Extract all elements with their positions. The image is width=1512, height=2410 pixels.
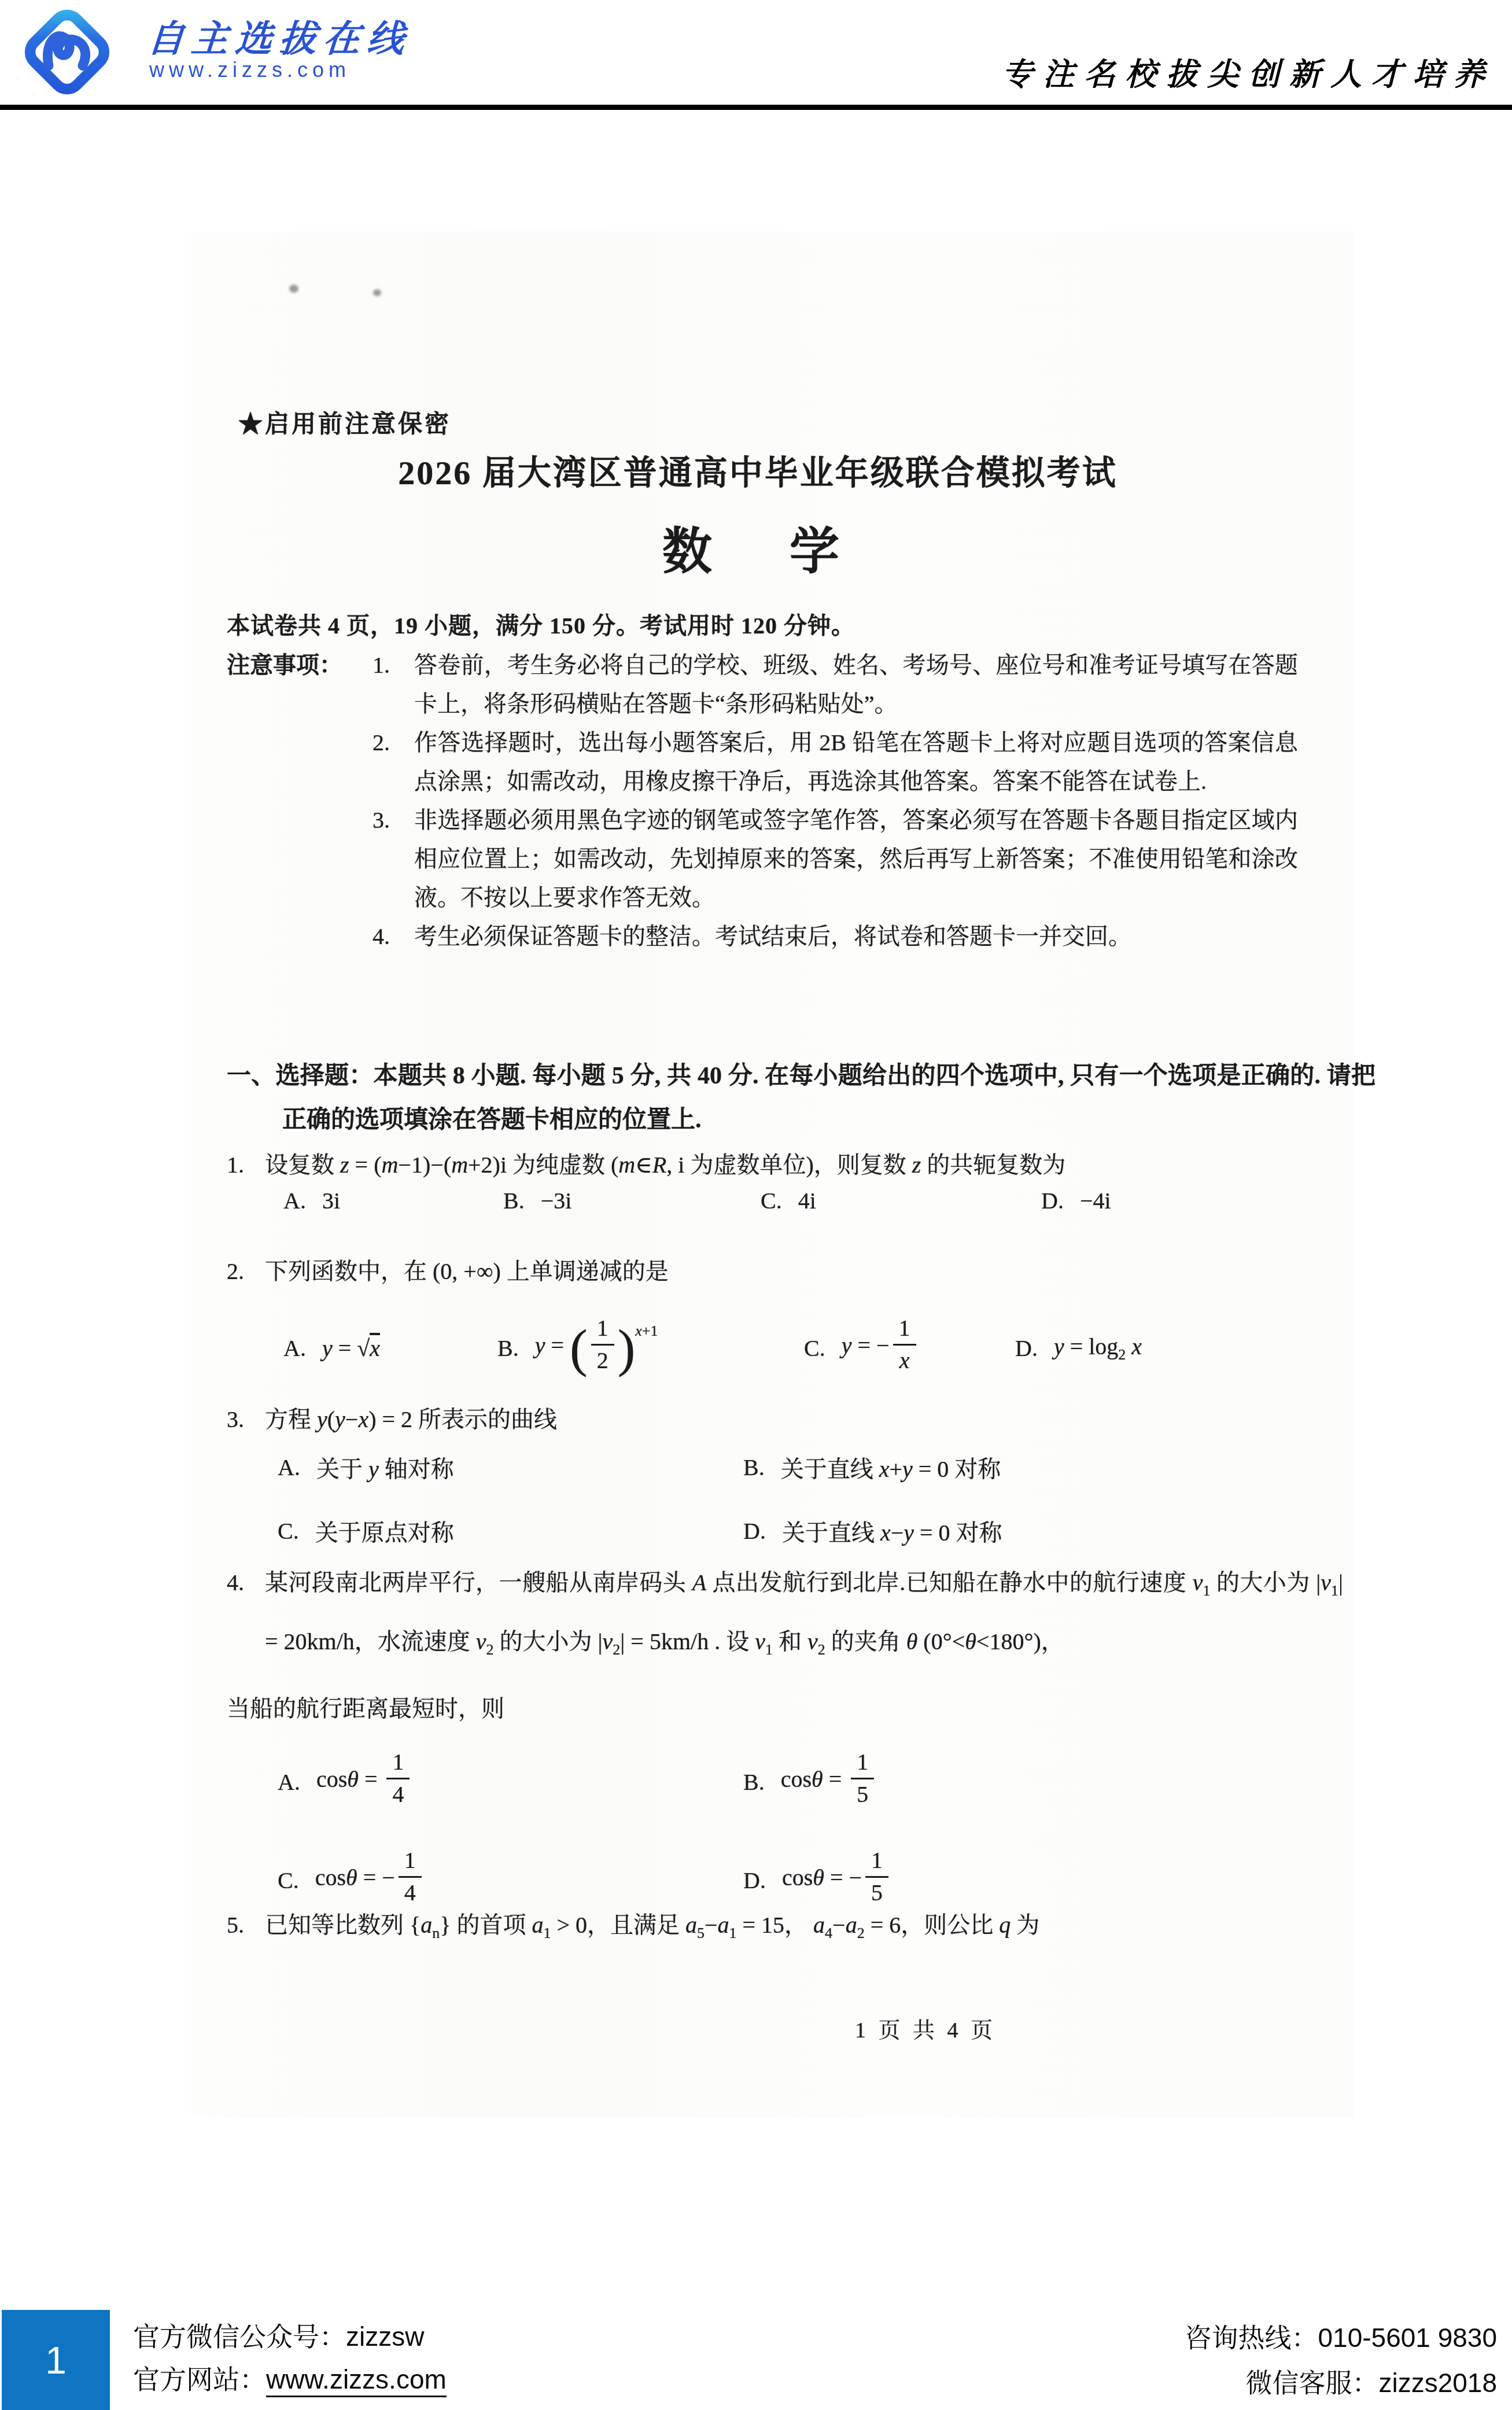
question-1: 1. 设复数 z = (m−1)−(m+2)i 为纯虚数 (m∈R, i 为虚数…: [227, 1144, 1343, 1186]
section1-heading: 一、选择题：本题共 8 小题. 每小题 5 分, 共 40 分. 在每小题给出的…: [227, 1054, 1375, 1142]
exam-title: 2026 届大湾区普通高中毕业年级联合模拟考试: [208, 445, 1307, 494]
question-5: 5. 已知等比数列 {an} 的首项 a1 > 0，且满足 a5−a1 = 15…: [227, 1904, 1343, 1954]
question-stem: 下列函数中，在 (0, +∞) 上单调递减的是: [265, 1251, 1343, 1292]
option-value: 关于直线 x−y = 0 对称: [782, 1514, 1002, 1547]
option-label: B.: [743, 1454, 765, 1481]
option-value: 4i: [798, 1187, 816, 1214]
exam-subject: 数 学: [208, 511, 1307, 583]
option-value: 关于直线 x+y = 0 对称: [781, 1451, 1001, 1484]
note-item: 2. 作答选择题时，选出每小题答案后，用 2B 铅笔在答题卡上将对应题目选项的答…: [373, 723, 1308, 801]
q3-option-d: D. 关于直线 x−y = 0 对称: [743, 1514, 1002, 1547]
logo-url: www.zizzs.com: [149, 58, 351, 82]
page: { "header": { "logo_title": "自主选拔在线", "l…: [0, 0, 1512, 2410]
option-label: D.: [1015, 1335, 1038, 1362]
footer-wechat-service: 微信客服：zizzs2018: [1185, 2360, 1497, 2405]
note-text: 答卷前，考生务必将自己的学校、班级、姓名、考场号、座位号和准考证号填写在答题卡上…: [414, 646, 1298, 723]
option-label: C.: [278, 1517, 299, 1545]
note-text: 作答选择题时，选出每小题答案后，用 2B 铅笔在答题卡上将对应题目选项的答案信息…: [414, 723, 1298, 801]
paper-info: 本试卷共 4 页，19 小题，满分 150 分。考试用时 120 分钟。: [227, 607, 855, 640]
option-label: A.: [278, 1768, 300, 1796]
option-value: 3i: [322, 1187, 340, 1214]
q3-option-a: A. 关于 y 轴对称: [278, 1451, 454, 1484]
option-value: 关于原点对称: [315, 1514, 454, 1547]
header-divider: [0, 105, 1512, 110]
question-stem: 设复数 z = (m−1)−(m+2)i 为纯虚数 (m∈R, i 为虚数单位)…: [265, 1144, 1343, 1186]
option-value: cosθ = 14: [316, 1753, 414, 1811]
wechat-label: 官方微信公众号：: [133, 2321, 346, 2352]
question-3: 3. 方程 y(y−x) = 2 所表示的曲线: [227, 1399, 1343, 1440]
option-value: y = log2 x: [1054, 1333, 1142, 1364]
note-number: 3.: [373, 801, 414, 917]
option-label: A.: [283, 1187, 306, 1214]
site-label: 官方网站：: [133, 2364, 266, 2394]
option-value: 关于 y 轴对称: [316, 1451, 454, 1484]
question-number: 5.: [227, 1904, 265, 1954]
footer-left: 官方微信公众号：zizzsw 官方网站：www.zizzs.com: [133, 2315, 447, 2401]
header-slogan: 专注名校拔尖创新人才培养: [1002, 50, 1495, 94]
scan-speck: [289, 285, 298, 293]
option-value: y = √x: [322, 1335, 380, 1362]
question-number: 3.: [227, 1399, 265, 1440]
option-value: −3i: [541, 1187, 572, 1214]
q2-option-a: A. y = √x: [283, 1302, 380, 1394]
note-item: 3. 非选择题必须用黑色字迹的钢笔或签字笔作答，答案必须写在答题卡各题目指定区域…: [373, 801, 1308, 917]
q1-option-c: C. 4i: [761, 1187, 816, 1214]
question-number: 2.: [227, 1251, 265, 1292]
note-item: 1. 答卷前，考生务必将自己的学校、班级、姓名、考场号、座位号和准考证号填写在答…: [373, 646, 1308, 723]
option-value: cosθ = −15: [782, 1851, 892, 1910]
q1-option-a: A. 3i: [283, 1187, 340, 1214]
option-label: C.: [804, 1335, 825, 1362]
page-number: 1: [45, 2338, 67, 2382]
option-label: A.: [283, 1335, 306, 1362]
option-label: B.: [497, 1335, 519, 1362]
question-4: 4. 某河段南北两岸平行，一艘船从南岸码头 A 点出发航行到北岸.已知船在静水中…: [227, 1557, 1343, 1675]
question-stem: 已知等比数列 {an} 的首项 a1 > 0，且满足 a5−a1 = 15， a…: [265, 1904, 1343, 1954]
q3-option-c: C. 关于原点对称: [278, 1514, 454, 1547]
logo-wordmark: 自主选拔在线: [146, 9, 413, 62]
question-2: 2. 下列函数中，在 (0, +∞) 上单调递减的是: [227, 1251, 1343, 1292]
option-label: D.: [1041, 1187, 1064, 1214]
q1-option-b: B. −3i: [503, 1187, 571, 1214]
page-indicator: 1 页 共 4 页: [827, 2012, 1024, 2044]
footer-hotline: 咨询热线：010-5601 9830: [1185, 2315, 1497, 2360]
footer-site-line: 官方网站：www.zizzs.com: [133, 2358, 447, 2401]
note-item: 4. 考生必须保证答题卡的整洁。考试结束后，将试卷和答题卡一并交回。: [373, 917, 1308, 956]
page-number-box: 1: [2, 2310, 110, 2410]
q2-option-b: B. y = (12)x+1: [497, 1302, 658, 1394]
q4-option-a: A. cosθ = 14: [278, 1735, 413, 1828]
option-value: −4i: [1080, 1187, 1111, 1214]
question-number: 4.: [227, 1557, 265, 1675]
q3-option-b: B. 关于直线 x+y = 0 对称: [743, 1451, 1001, 1484]
notes-label: 注意事项：: [227, 646, 342, 684]
note-number: 4.: [373, 917, 414, 956]
footer-right: 咨询热线：010-5601 9830 微信客服：zizzs2018: [1185, 2315, 1497, 2405]
q2-option-d: D. y = log2 x: [1015, 1302, 1142, 1394]
question-stem: 某河段南北两岸平行，一艘船从南岸码头 A 点出发航行到北岸.已知船在静水中的航行…: [265, 1557, 1343, 1675]
logo-diamond-z-icon: [19, 3, 116, 104]
note-text: 考生必须保证答题卡的整洁。考试结束后，将试卷和答题卡一并交回。: [414, 917, 1298, 956]
question-stem: 方程 y(y−x) = 2 所表示的曲线: [265, 1399, 1343, 1440]
q4-option-b: B. cosθ = 15: [743, 1735, 877, 1828]
option-label: C.: [761, 1187, 782, 1214]
note-text: 非选择题必须用黑色字迹的钢笔或签字笔作答，答案必须写在答题卡各题目指定区域内相应…: [414, 801, 1298, 917]
site-header: 自主选拔在线 www.zizzs.com 专注名校拔尖创新人才培养: [0, 0, 1512, 110]
site-url-link[interactable]: www.zizzs.com: [266, 2364, 447, 2397]
option-label: D.: [743, 1867, 766, 1894]
option-value: cosθ = −14: [315, 1851, 425, 1910]
secrecy-notice: ★启用前注意保密: [238, 405, 451, 440]
option-value: y = −1x: [842, 1319, 920, 1377]
option-label: A.: [278, 1454, 300, 1481]
option-label: B.: [503, 1187, 525, 1214]
question-number: 1.: [227, 1144, 265, 1186]
q1-option-d: D. −4i: [1041, 1187, 1111, 1214]
option-label: D.: [743, 1517, 766, 1545]
wechat-value: zizzsw: [346, 2321, 424, 2352]
question-4-continued: 当船的航行距离最短时，则: [227, 1690, 504, 1723]
option-label: C.: [278, 1867, 299, 1894]
note-number: 1.: [373, 646, 414, 723]
footer-wechat-line: 官方微信公众号：zizzsw: [133, 2315, 447, 2358]
note-number: 2.: [373, 723, 414, 801]
exam-notes: 注意事项： 1. 答卷前，考生务必将自己的学校、班级、姓名、考场号、座位号和准考…: [227, 646, 1308, 956]
scan-speck: [373, 289, 381, 296]
option-value: y = (12)x+1: [535, 1319, 658, 1377]
option-value: cosθ = 15: [781, 1753, 878, 1811]
option-label: B.: [743, 1768, 765, 1796]
q2-option-c: C. y = −1x: [804, 1302, 920, 1394]
